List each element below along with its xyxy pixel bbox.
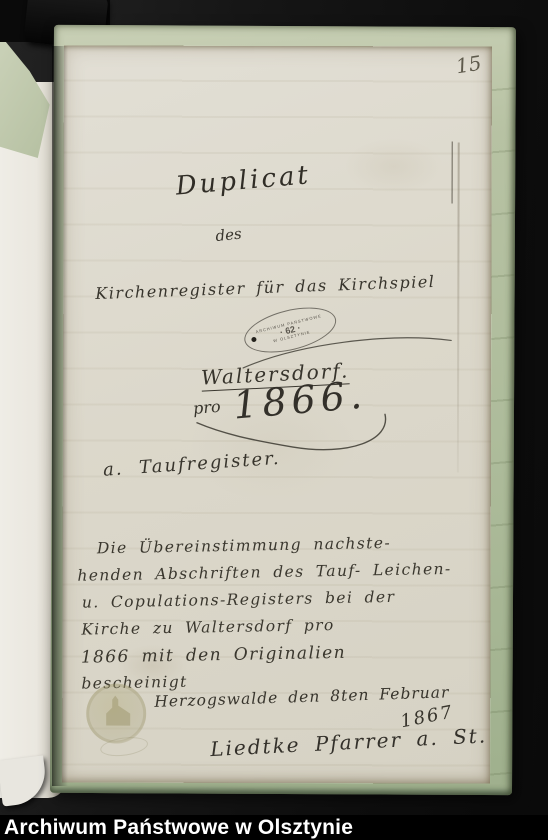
document-page: 15 Duplicat des Kirchenregister für das … — [62, 45, 492, 783]
book-gutter-shadow — [52, 46, 68, 786]
document-title: Duplicat — [175, 160, 312, 201]
archive-caption: Archiwum Państwowe w Olsztynie — [4, 816, 353, 840]
certification-line: Kirche zu Waltersdorf pro — [81, 616, 335, 639]
certification-line: henden Abschriften des Tauf- Leichen- — [77, 560, 452, 585]
certification-paragraph: Die Übereinstimmung nachste- henden Absc… — [77, 532, 483, 539]
page-number: 15 — [454, 51, 483, 79]
church-icon — [86, 684, 146, 744]
certification-line: u. Copulations-Registers bei der — [82, 588, 396, 612]
page-curl — [0, 755, 49, 806]
certification-line: 1866 mit den Originalien — [81, 643, 346, 668]
archive-scan-photo: 15 Duplicat des Kirchenregister für das … — [0, 0, 548, 840]
year-prefix: pro — [192, 397, 221, 418]
register-line: Kirchenregister für das Kirchspiel — [85, 272, 445, 304]
pastor-signature: Liedtke Pfarrer a. St. — [210, 723, 488, 761]
date-line: Herzogswalde den 8ten Februar — [154, 683, 450, 711]
ink-streak — [452, 141, 453, 203]
caption-bar: Archiwum Państwowe w Olsztynie — [0, 815, 548, 840]
certification-line: Die Übereinstimmung nachste- — [97, 534, 391, 557]
word-des: des — [215, 225, 243, 246]
church-seal-stamp — [86, 684, 146, 744]
